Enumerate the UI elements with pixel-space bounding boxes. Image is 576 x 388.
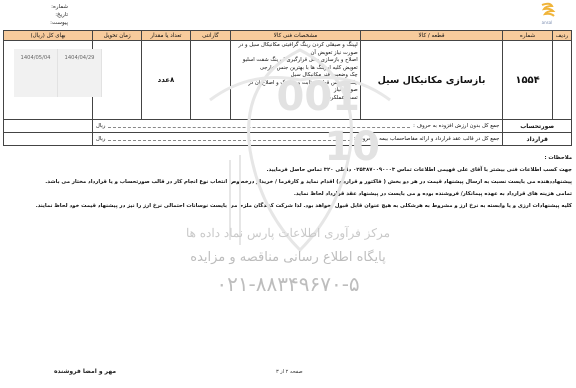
cell-item: بازسازی مکانیکال سیل (360, 41, 503, 120)
contract-unit: ریال (96, 136, 106, 142)
cell-quantity: ۸عدد (142, 41, 190, 120)
delivery-date-1: 1404/04/29 (58, 49, 102, 97)
col-item: قطعه / کالا (360, 31, 503, 41)
spec-line: چک کلیرنس قطعات ثابت و متحرک و اصلاح آن … (233, 80, 358, 95)
company-logo: ansal (532, 2, 562, 28)
note-line: پیشنهاددهنده می بایست نسبت به ارسال پیشن… (4, 176, 572, 188)
contract-dotted-line (108, 137, 350, 141)
cell-row (552, 41, 571, 120)
cell-total-price: 1404/05/04 1404/04/29 (4, 41, 93, 120)
spec-line: چک وضعیت فنر مکانیکال سیل (233, 72, 358, 80)
col-total-price: بهای کل (ریال) (4, 31, 93, 41)
logo-text: ansal (532, 20, 562, 25)
contract-text: جمع کل در قالب عقد قرارداد و ارائه مفاصا… (354, 136, 500, 142)
invoice-text: جمع کل بدون ارزش افزوده به حروف : (413, 123, 499, 129)
invoice-dotted-line (108, 124, 410, 128)
delivery-date-2: 1404/05/04 (14, 49, 58, 97)
document-meta: شماره: تاریخ: پیوست: (38, 3, 68, 27)
col-row: ردیف (552, 31, 571, 41)
note-line: کلیه پیشنهادات ارزی و یا وابسته به نرخ ا… (4, 200, 572, 212)
spec-line: اصلاح و بازسازی محل قرارگیری اورینگ شفت … (233, 57, 358, 65)
date-label: تاریخ: (38, 11, 68, 19)
spec-line: لپینگ و صیقلی کردن رینگ گرافیتی مکانیکال… (233, 42, 358, 57)
contract-amount (4, 133, 93, 146)
notes-title: ملاحظات : (4, 152, 572, 164)
table-header-row: ردیف شماره قطعه / کالا مشخصات فنی کالا گ… (4, 31, 572, 41)
items-table: ردیف شماره قطعه / کالا مشخصات فنی کالا گ… (3, 30, 572, 146)
cell-guarantee (190, 41, 231, 120)
watermark-line-3: ۰۲۱-۸۸۳۴۹۶۷۰-۵ (178, 272, 398, 296)
invoice-sum: جمع کل بدون ارزش افزوده به حروف : ریال (92, 120, 502, 133)
number-label: شماره: (38, 3, 68, 11)
attachment-label: پیوست: (38, 19, 68, 27)
table-row: ۱۵۵۴ بازسازی مکانیکال سیل لپینگ و صیقلی … (4, 41, 572, 120)
col-specs: مشخصات فنی کالا (231, 31, 361, 41)
seller-signature-label: مهر و امضا فروشنده (54, 368, 116, 375)
logo-icon (532, 2, 562, 20)
cell-specs: لپینگ و صیقلی کردن رینگ گرافیتی مکانیکال… (231, 41, 361, 120)
col-guarantee: گارانتی (190, 31, 231, 41)
col-number: شماره (503, 31, 552, 41)
invoice-unit: ریال (96, 123, 106, 129)
col-quantity: تعداد یا مقدار (142, 31, 190, 41)
col-delivery: زمان تحویل (92, 31, 141, 41)
invoice-amount (4, 120, 93, 133)
spec-line: تست عملکردی (233, 95, 358, 103)
spec-line: تعویض کلیه اورینگ ها با بهترین جنس خارجی (233, 65, 358, 73)
invoice-label: صورتحساب (503, 120, 572, 133)
contract-row: قرارداد جمع کل در قالب عقد قرارداد و ارا… (4, 133, 572, 146)
cell-number: ۱۵۵۴ (503, 41, 552, 120)
note-line: جهت کسب اطلاعات فنی بیشتر با آقای علی فه… (4, 164, 572, 176)
watermark-line-1: مرکز فرآوری اطلاعات پارس نماد داده ها (178, 226, 398, 240)
contract-label: قرارداد (503, 133, 572, 146)
invoice-row: صورتحساب جمع کل بدون ارزش افزوده به حروف… (4, 120, 572, 133)
watermark-line-2: پایگاه اطلاع رسانی مناقصه و مزایده (178, 250, 398, 265)
notes-section: ملاحظات : جهت کسب اطلاعات فنی بیشتر با آ… (4, 152, 572, 212)
note-line: تمامی هزینه های قرارداد به عهده پیمانکار… (4, 188, 572, 200)
delivery-dates-overlay: 1404/05/04 1404/04/29 (14, 49, 102, 97)
page-number: صفحه ۲ از ۳ (276, 369, 303, 375)
contract-sum: جمع کل در قالب عقد قرارداد و ارائه مفاصا… (92, 133, 502, 146)
